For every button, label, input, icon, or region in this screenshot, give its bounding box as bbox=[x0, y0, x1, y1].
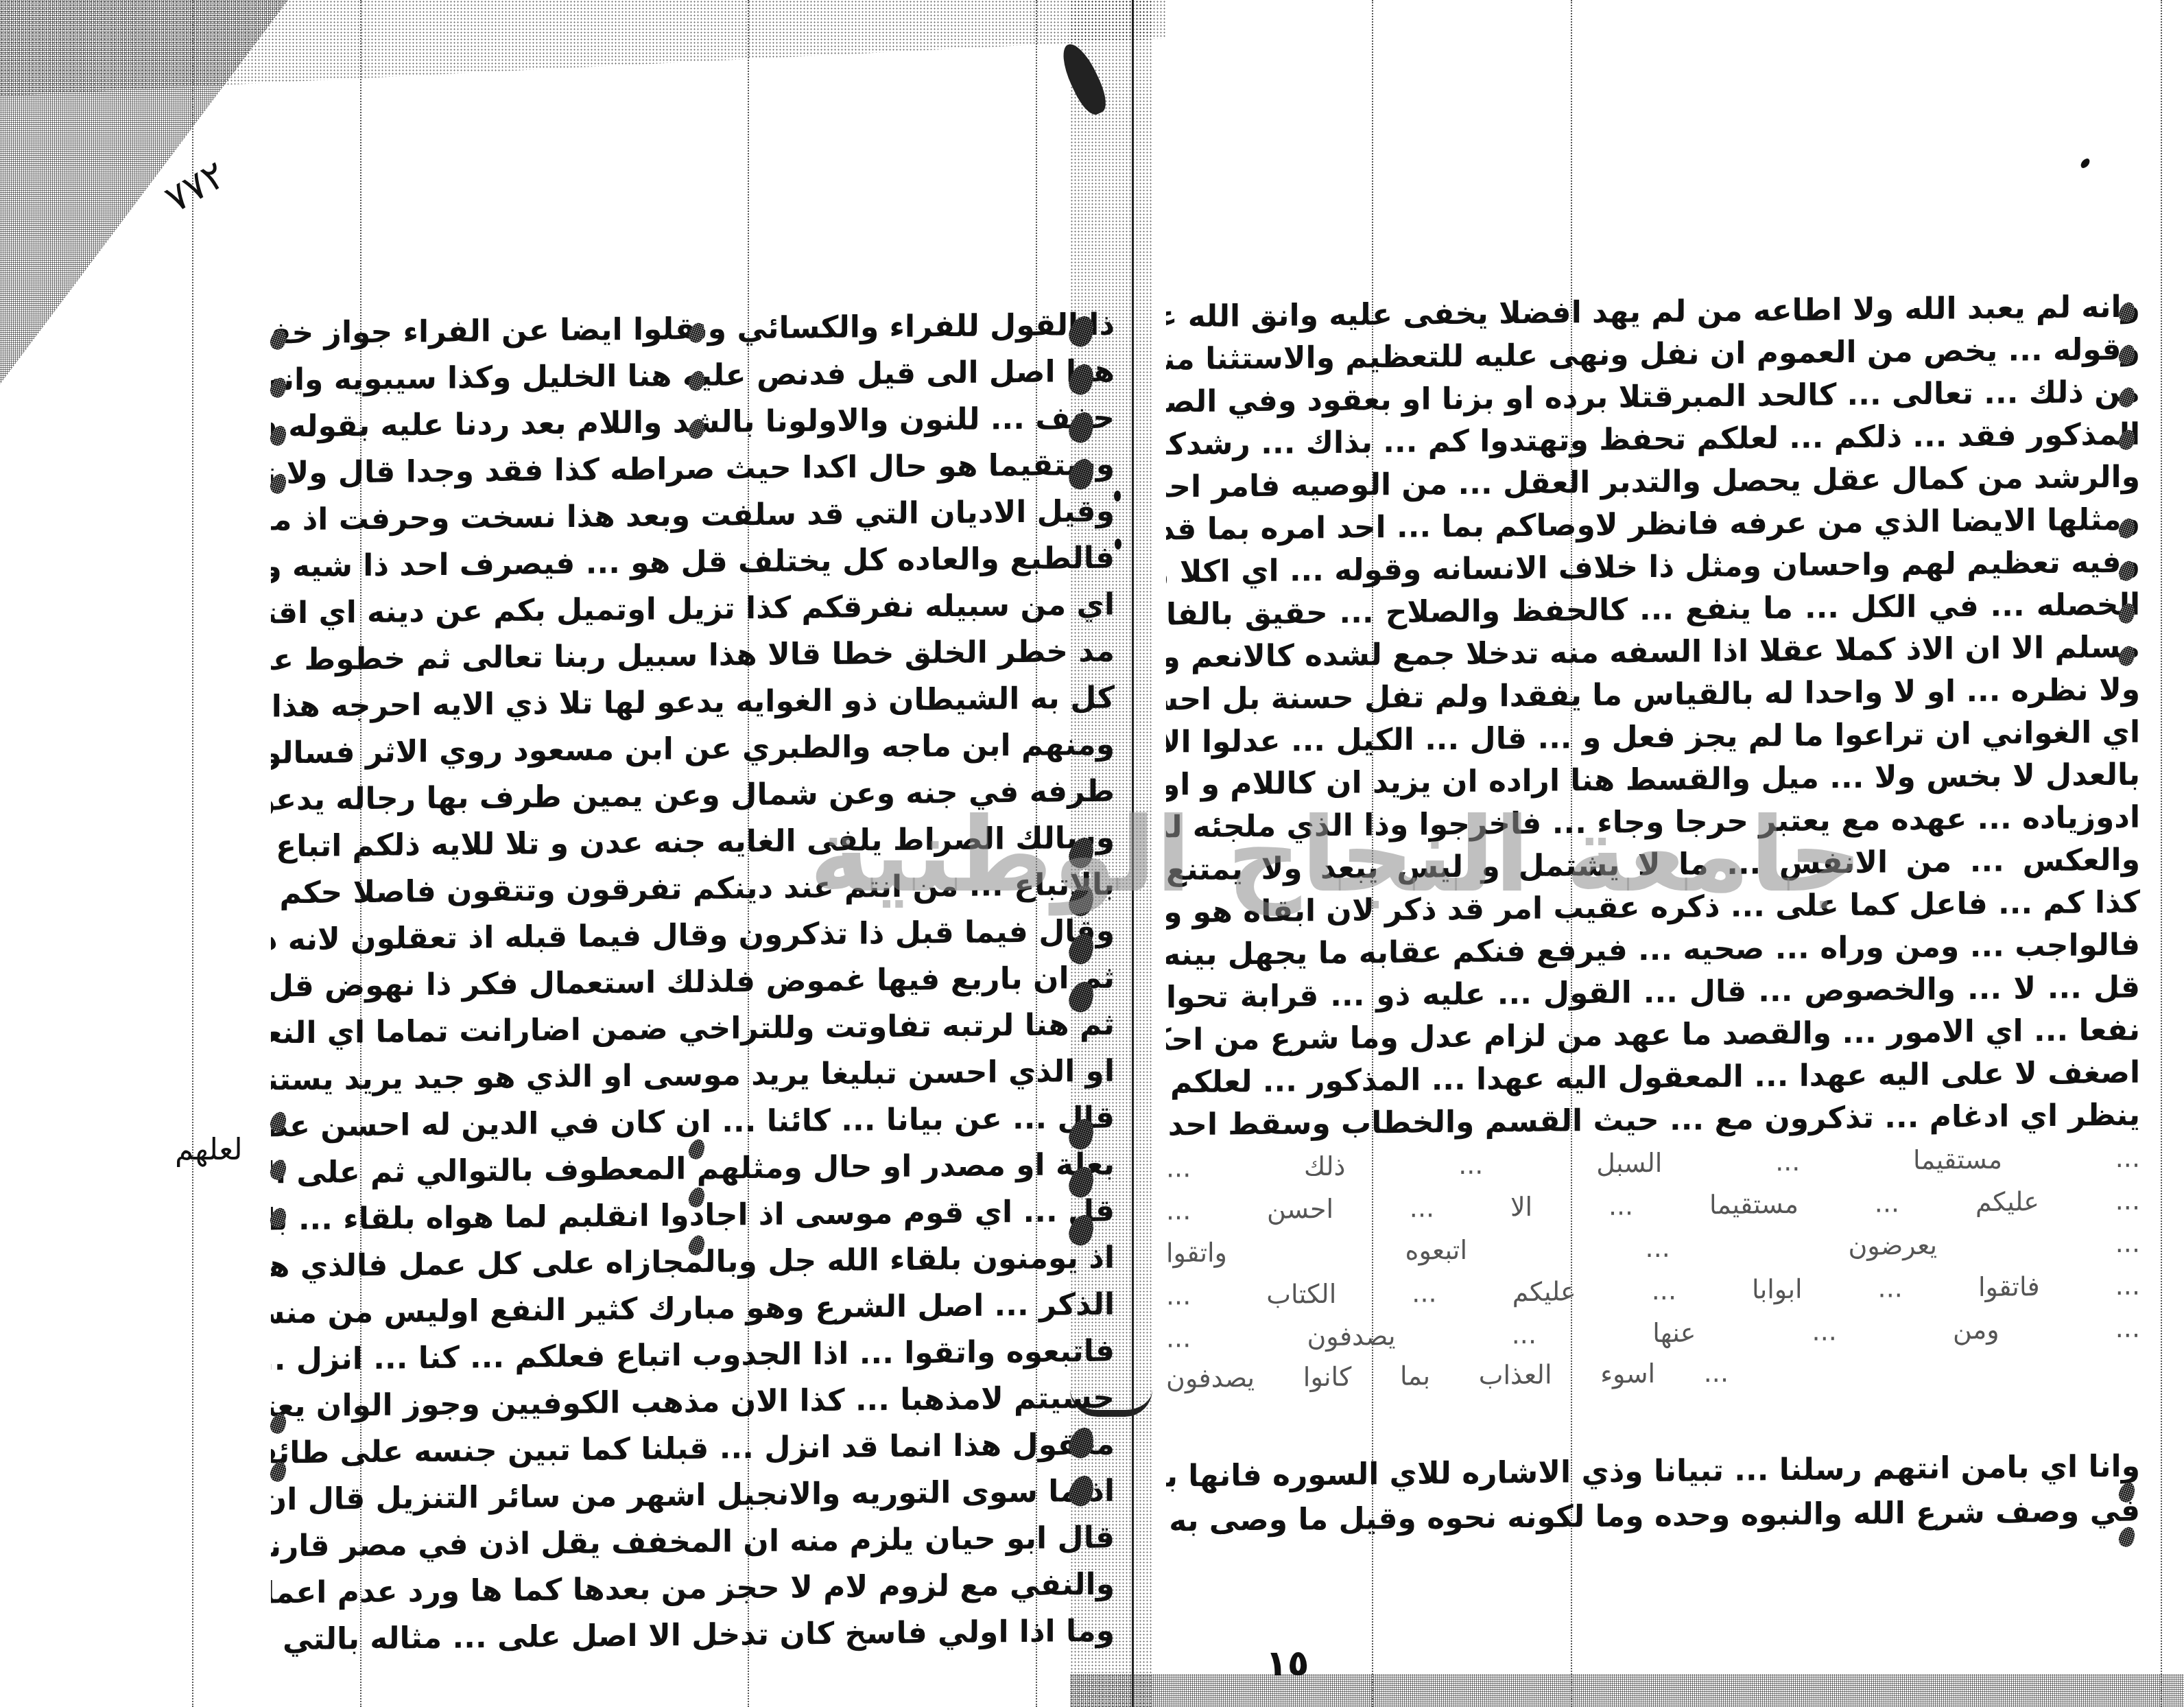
right-page: وانه لم يعبد الله ولا اطاعه من لم يهد اف… bbox=[1166, 285, 2140, 1588]
text-line: في وصف شرع الله والنبوه وحده وما لكونه ن… bbox=[1166, 1484, 2140, 1549]
margin-note: لعلهم bbox=[175, 1132, 243, 1167]
scan-corner-shadow-top-left bbox=[0, 0, 288, 384]
right-page-text: وانه لم يعبد الله ولا اطاعه من لم يهد اف… bbox=[1166, 285, 2140, 1588]
scan-shadow-top-band bbox=[0, 0, 1166, 96]
ruling-line bbox=[192, 0, 193, 1707]
page-number: ١٥ bbox=[1266, 1643, 1309, 1684]
folio-number: ٧٧٢ bbox=[158, 152, 234, 222]
left-page: ذا القول للفراء والكسائي ونقلوا ايضا عن … bbox=[271, 302, 1115, 1619]
page-gutter bbox=[1132, 0, 1134, 1707]
left-page-text: ذا القول للفراء والكسائي ونقلوا ايضا عن … bbox=[271, 302, 1115, 1619]
ruling-line bbox=[2161, 0, 2162, 1707]
text-line-faded: ... اسوء العذاب بما كانوا يصدفون bbox=[1166, 1345, 1729, 1406]
ink-speck bbox=[1115, 539, 1121, 550]
ink-speck bbox=[2079, 157, 2091, 170]
ink-speck bbox=[1114, 491, 1121, 502]
scan-shadow-bottom bbox=[1070, 1674, 2184, 1707]
ink-stain bbox=[1056, 39, 1113, 119]
text-line: وما اذا اولي فاسخ كان تدخل الا اصل على .… bbox=[271, 1604, 1115, 1668]
